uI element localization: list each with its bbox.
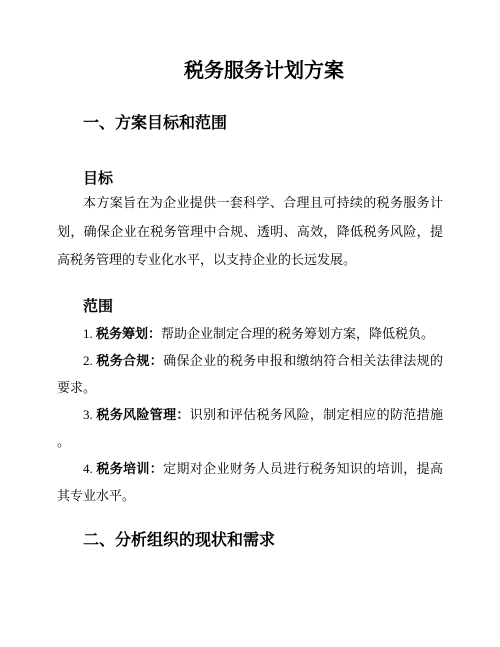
scope-item-list: 1. 税务筹划：帮助企业制定合理的税务筹划方案，降低税负。 2. 税务合规：确保… (57, 320, 443, 509)
document-title: 税务服务计划方案 (57, 56, 443, 86)
subheading-scope: 范围 (57, 297, 443, 317)
item-label: 税务培训： (96, 461, 163, 476)
item-text: 帮助企业制定合理的税务筹划方案，降低税负。 (161, 326, 434, 341)
item-number: 2. (83, 353, 96, 368)
subheading-goal: 目标 (57, 169, 443, 189)
item-label: 税务风险管理： (96, 407, 189, 422)
list-item: 2. 税务合规：确保企业的税务申报和缴纳符合相关法律法规的要求。 (57, 347, 443, 401)
item-label: 税务筹划： (96, 326, 161, 341)
item-label: 税务合规： (96, 353, 163, 368)
section-heading-1: 一、方案目标和范围 (57, 112, 443, 136)
item-number: 3. (83, 407, 96, 422)
document-page: 税务服务计划方案 一、方案目标和范围 目标 本方案旨在为企业提供一套科学、合理且… (0, 0, 500, 647)
section-heading-2: 二、分析组织的现状和需求 (57, 529, 443, 553)
item-number: 1. (83, 326, 96, 341)
goal-paragraph: 本方案旨在为企业提供一套科学、合理且可持续的税务服务计划，确保企业在税务管理中合… (57, 189, 443, 275)
item-number: 4. (83, 461, 96, 476)
list-item: 1. 税务筹划：帮助企业制定合理的税务筹划方案，降低税负。 (57, 320, 443, 347)
list-item: 3. 税务风险管理：识别和评估税务风险，制定相应的防范措施。 (57, 401, 443, 455)
list-item: 4. 税务培训：定期对企业财务人员进行税务知识的培训，提高其专业水平。 (57, 455, 443, 509)
